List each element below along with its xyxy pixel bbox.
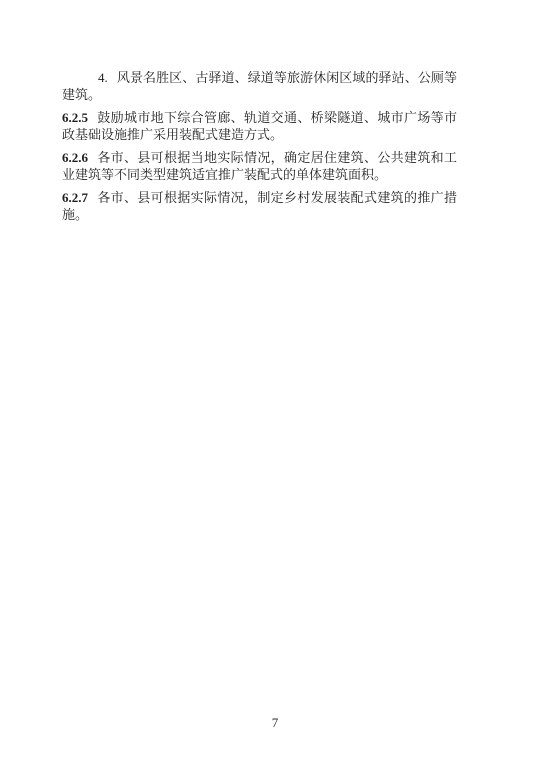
paragraph-clause-6-2-6: 6.2.6各市、县可根据当地实际情况，确定居住建筑、公共建筑和工业建筑等不同类型…	[62, 149, 457, 183]
paragraph-list-item-4: 4.风景名胜区、古驿道、绿道等旅游休闲区域的驿站、公厕等建筑。	[62, 69, 457, 103]
document-body: 4.风景名胜区、古驿道、绿道等旅游休闲区域的驿站、公厕等建筑。 6.2.5鼓励城…	[62, 69, 457, 229]
clause-number-6-2-7: 6.2.7	[62, 190, 88, 205]
clause-text-6-2-7: 各市、县可根据实际情况，制定乡村发展装配式建筑的推广措施。	[62, 190, 457, 222]
page-number: 7	[272, 715, 279, 730]
paragraph-clause-6-2-5: 6.2.5鼓励城市地下综合管廊、轨道交通、桥梁隧道、城市广场等市政基础设施推广采…	[62, 109, 457, 143]
clause-text-6-2-5: 鼓励城市地下综合管廊、轨道交通、桥梁隧道、城市广场等市政基础设施推广采用装配式建…	[62, 110, 457, 142]
clause-number-6-2-6: 6.2.6	[62, 150, 88, 165]
clause-text-6-2-6: 各市、县可根据当地实际情况，确定居住建筑、公共建筑和工业建筑等不同类型建筑适宜推…	[62, 150, 457, 182]
list-item-number: 4.	[98, 70, 108, 85]
page-footer: 7	[0, 715, 550, 730]
clause-number-6-2-5: 6.2.5	[62, 110, 88, 125]
paragraph-clause-6-2-7: 6.2.7各市、县可根据实际情况，制定乡村发展装配式建筑的推广措施。	[62, 189, 457, 223]
document-page: 4.风景名胜区、古驿道、绿道等旅游休闲区域的驿站、公厕等建筑。 6.2.5鼓励城…	[0, 0, 550, 778]
list-item-text: 风景名胜区、古驿道、绿道等旅游休闲区域的驿站、公厕等建筑。	[62, 70, 457, 102]
